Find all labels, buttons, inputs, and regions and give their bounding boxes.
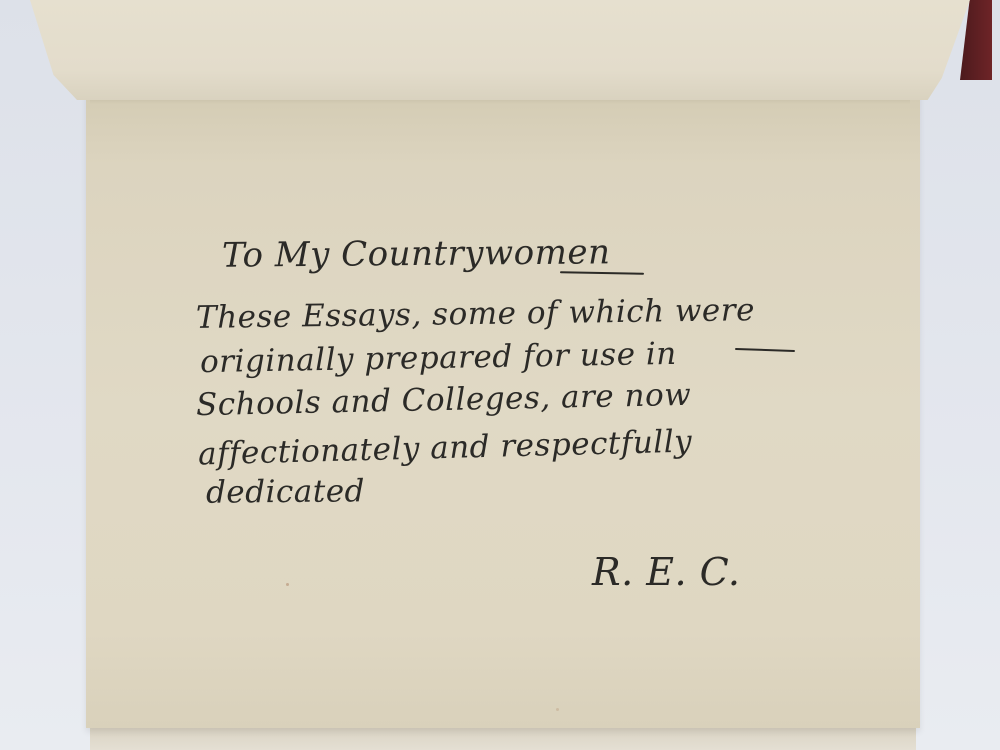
turned-back-page: [30, 0, 970, 100]
dedication-line: dedicated: [206, 473, 365, 510]
signature-initials: R. E. C.: [592, 550, 740, 594]
paper-foxing-spot: [556, 708, 559, 711]
paper-foxing-spot: [286, 583, 289, 586]
dedication-salutation: To My Countrywomen: [222, 232, 611, 275]
